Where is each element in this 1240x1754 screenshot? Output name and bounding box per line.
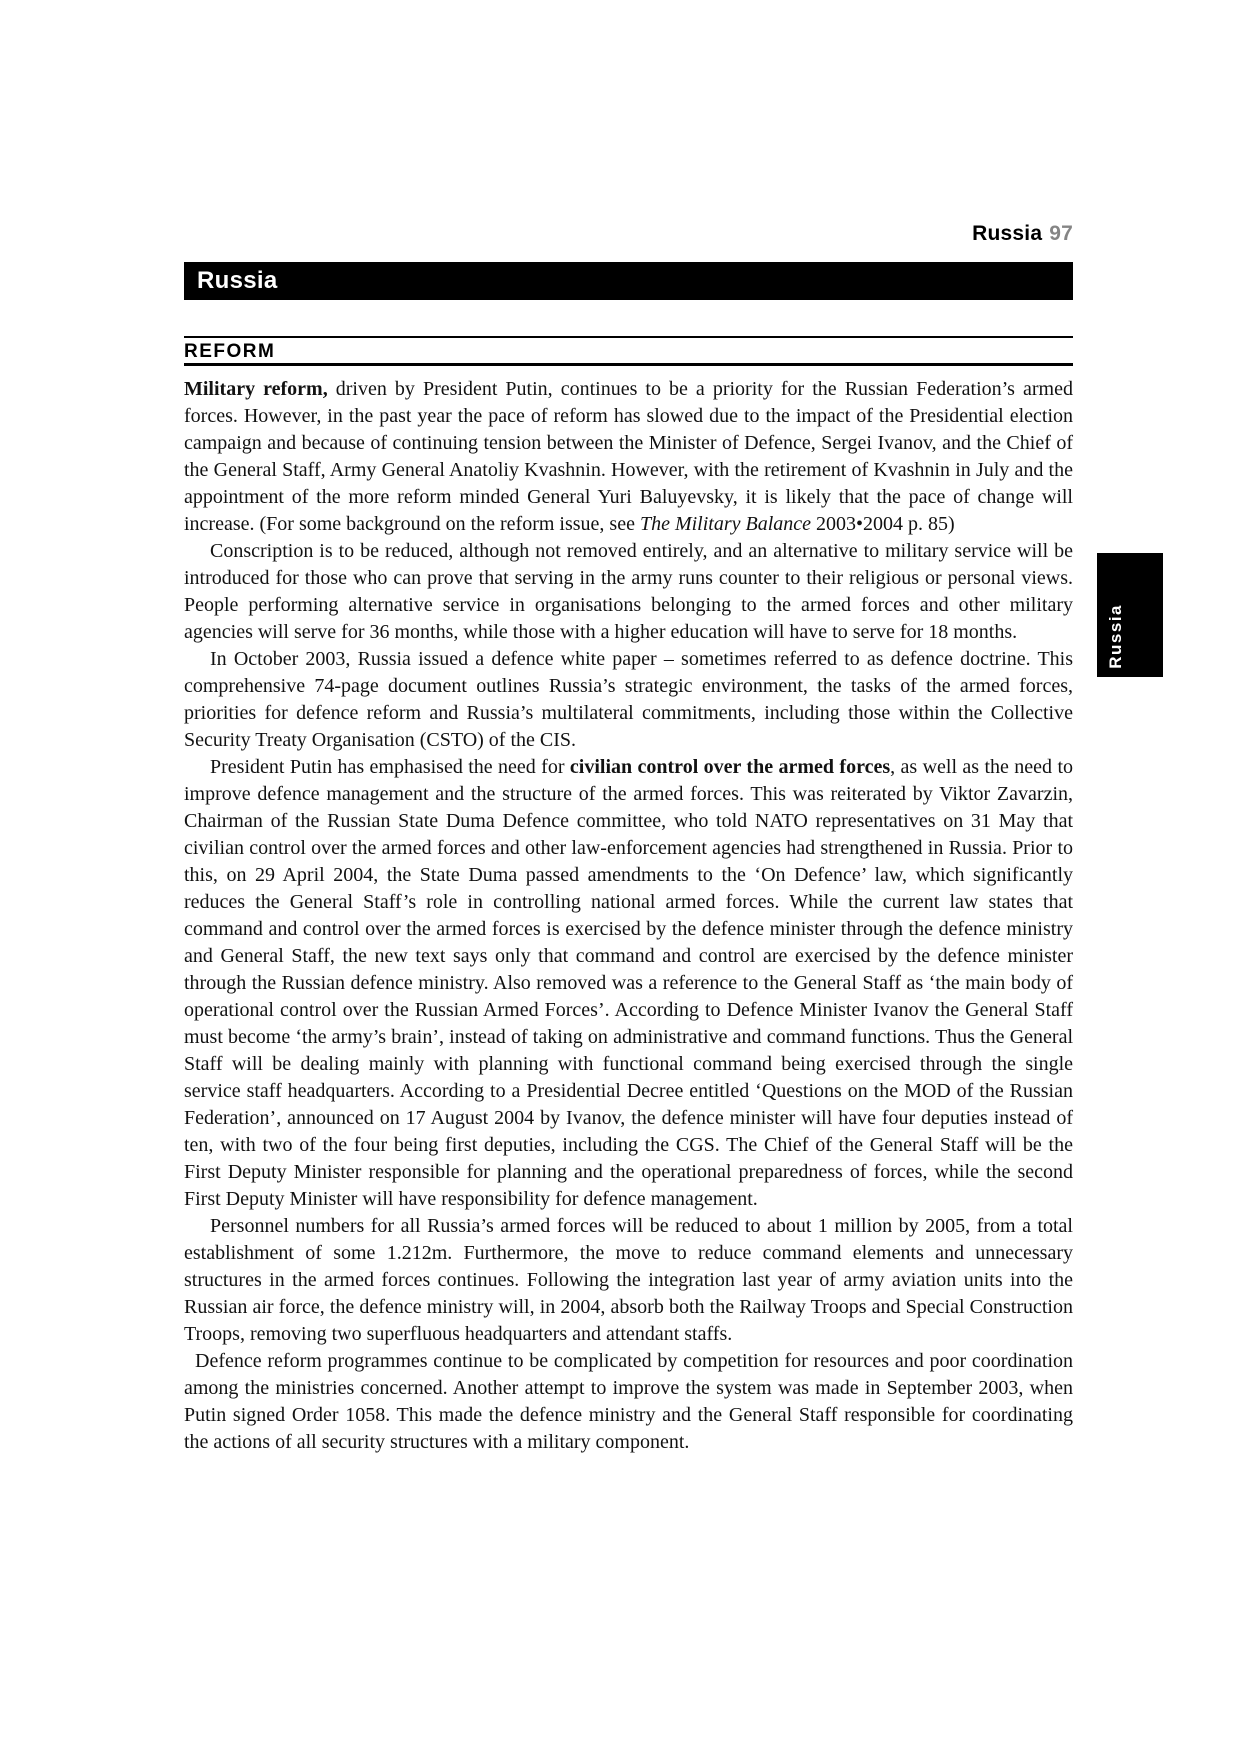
paragraph: Conscription is to be reduced, although … — [184, 538, 1073, 646]
running-header: Russia97 — [184, 222, 1073, 246]
text-run: In October 2003, Russia issued a defence… — [184, 648, 1073, 751]
article-body: Military reform, driven by President Put… — [184, 376, 1073, 1456]
chapter-banner-title: Russia — [197, 267, 278, 295]
text-run: driven by President Putin, continues to … — [184, 378, 1073, 535]
chapter-banner: Russia — [184, 262, 1073, 300]
text-run: Personnel numbers for all Russia’s armed… — [184, 1215, 1073, 1345]
paragraph: In October 2003, Russia issued a defence… — [184, 646, 1073, 754]
book-page: Russia97 Russia REFORM Military reform, … — [0, 0, 1240, 1754]
section-heading: REFORM — [184, 341, 275, 363]
paragraph: Military reform, driven by President Put… — [184, 376, 1073, 538]
text-run: Conscription is to be reduced, although … — [184, 540, 1073, 643]
heading-rule-top — [184, 336, 1073, 338]
page-number: 97 — [1049, 222, 1073, 245]
text-run: , as well as the need to improve defence… — [184, 756, 1073, 1210]
running-header-section: Russia — [972, 222, 1042, 245]
italic-run: The Military Balance — [640, 513, 811, 535]
paragraph: Personnel numbers for all Russia’s armed… — [184, 1213, 1073, 1348]
text-run: 2003•2004 p. 85) — [811, 513, 955, 535]
bold-run: Military reform, — [184, 378, 328, 400]
edge-thumb-tab: Russia — [1097, 553, 1163, 677]
paragraph: President Putin has emphasised the need … — [184, 754, 1073, 1213]
heading-rule-bottom — [184, 363, 1073, 366]
text-run: President Putin has emphasised the need … — [210, 756, 570, 778]
paragraph: Defence reform programmes continue to be… — [184, 1348, 1073, 1456]
bold-run: civilian control over the armed forces — [570, 756, 890, 778]
text-run: Defence reform programmes continue to be… — [184, 1350, 1073, 1453]
edge-thumb-tab-label: Russia — [1106, 604, 1126, 669]
